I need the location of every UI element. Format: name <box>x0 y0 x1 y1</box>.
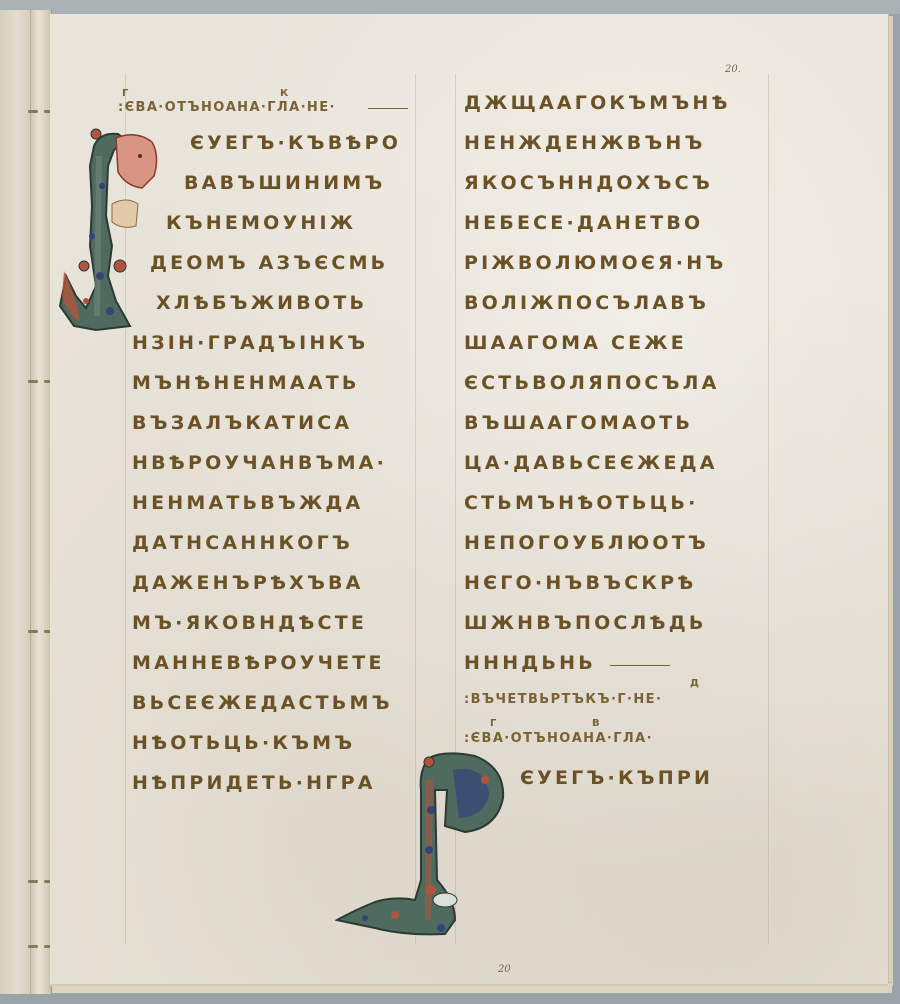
rubric-superscript: Д <box>690 678 699 689</box>
text-line: ЄСТЬВОЛЯПОСЪЛА <box>464 371 720 395</box>
stitch-mark <box>28 110 38 113</box>
left-rubric: :ЄВА·ОТЪНОАНА·ГЛА·НЕ· <box>118 96 336 120</box>
text-line: НЄГО·НЪВЪСКРѢ <box>464 571 696 595</box>
text-line: ШЖНВЪПОСЛѢДЬ <box>464 611 707 635</box>
text-line: НЕБЕСЕ·ДАНЕТВО <box>464 211 703 235</box>
stitch-mark <box>28 880 38 883</box>
text-line: ДАЖЕНЪРѢХЪВА <box>132 571 364 595</box>
interlace-initial-icon <box>335 750 515 940</box>
text-line: ДЖЩААГОКЪМЪНѢ <box>464 91 731 115</box>
stitch-mark <box>28 630 38 633</box>
text-line: НЕНМАТЬВЪЖДА <box>132 491 363 515</box>
rubric-flourish <box>368 108 408 109</box>
stitch-mark <box>28 945 38 948</box>
text-line: СТЬМЪНѢОТЬЦЬ· <box>464 491 699 515</box>
end-flourish <box>610 665 670 666</box>
text-line: ВАВЪШИНИМЪ <box>184 171 385 195</box>
text-line: НВѢРОУЧАНВЪМА· <box>132 451 387 475</box>
text-line: НЕПОГОУБЛЮОТЪ <box>464 531 709 555</box>
text-line: ДАТНСАННКОГЪ <box>132 531 353 555</box>
zoomorphic-initial-icon <box>56 126 164 336</box>
ruling-line <box>768 74 769 944</box>
text-line: ВЪЗАЛЪКАТИСА <box>132 411 352 435</box>
text-line: ДЕОМЪ АЗЪЄСМЬ <box>150 251 388 275</box>
folio-number-bottom: 20 <box>498 964 511 975</box>
text-line: МЪ·ЯКОВНДѢСТЕ <box>132 611 367 635</box>
text-line: ЦА·ДАВЬСЕЄЖЕДА <box>464 451 718 475</box>
text-line: РІЖВОЛЮМОЄЯ·НЪ <box>464 251 726 275</box>
background-strip <box>0 0 900 14</box>
text-line: ВОЛІЖПОСЪЛАВЪ <box>464 291 709 315</box>
text-line: КЪНЕМОУНІЖ <box>166 211 356 235</box>
text-line: ХЛѢБЪЖИВОТЬ <box>156 291 367 315</box>
text-line: МЪНѢНЕНМААТЬ <box>132 371 360 395</box>
text-line: ЄУЕГЪ·КЪПРИ <box>520 766 713 790</box>
text-line: ВЪШААГОМАОТЬ <box>464 411 693 435</box>
text-line: ШААГОМА СЕЖЕ <box>464 331 687 355</box>
right-rubric-1: :ВЪЧЕТВЬРТЪКЪ·Г·НЕ· <box>464 688 662 712</box>
text-line: НѢОТЬЦЬ·КЪМЪ <box>132 731 355 755</box>
text-line: НЕНЖДЕНЖВЪНЪ <box>464 131 706 155</box>
text-line: ВЬСЕЄЖЕДАСТЬМЪ <box>132 691 393 715</box>
text-line: ЯКОСЪННДОХЪСЪ <box>464 171 713 195</box>
text-line: МАННЕВѢРОУЧЕТЕ <box>132 651 385 675</box>
right-rubric-2: :ЄВА·ОТЪНОАНА·ГЛА· <box>464 727 653 751</box>
folio-number-top: 20. <box>725 64 741 75</box>
manuscript-page: 20. 20 Г К :ЄВА·ОТЪНОАНА·ГЛА·НЕ· ЄУЕГЪ·К… <box>50 14 888 984</box>
text-line: НЗІН·ГРАДЪІНКЪ <box>132 331 368 355</box>
text-line: НННДЬНЬ <box>464 651 596 675</box>
binding-gutter <box>30 10 52 994</box>
stitch-mark <box>28 380 38 383</box>
left-leaf-edge <box>0 10 34 994</box>
text-line: ЄУЕГЪ·КЪВѢРО <box>190 131 401 155</box>
